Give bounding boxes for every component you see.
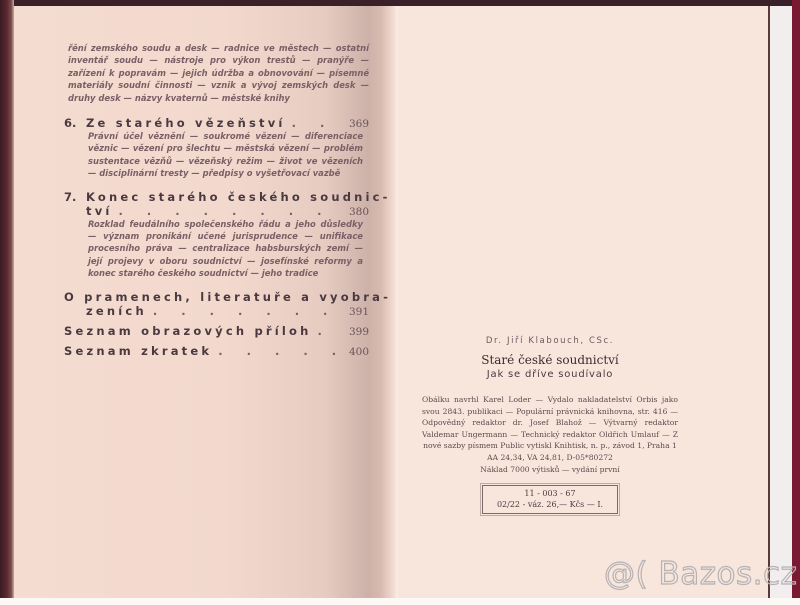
table-of-contents: řění zemského soudu a desk — radnice ve … xyxy=(64,42,369,358)
toc-entry-sources: O pramenech, literatuře a vyobra- zeních… xyxy=(64,290,369,318)
toc-entry-7: 7. Konec starého českého soudnic- tví . … xyxy=(64,190,369,280)
bazos-watermark: @( Bazos.cz xyxy=(604,556,797,592)
toc-entry-title-continuation: zeních xyxy=(86,304,147,318)
toc-page-number: 380 xyxy=(349,206,369,218)
leader-dots: . . . . . . . . . . . . . . . . . . . . … xyxy=(119,204,345,218)
colophon-print-run: Náklad 7000 výtisků — vydání první xyxy=(422,464,678,476)
toc-page-number: 399 xyxy=(349,326,369,338)
toc-entry-title: Konec starého českého soudnic- xyxy=(86,190,391,204)
toc-entry-number: 6. xyxy=(64,116,86,130)
imprint-page: Dr. Jiří Klabouch, CSc. Staré české soud… xyxy=(420,336,680,514)
book-cover-edge xyxy=(792,0,800,598)
price-line: 02/22 - váz. 26,— Kčs — I. xyxy=(483,499,617,510)
bottom-margin xyxy=(0,598,800,605)
colophon: Obálku navrhl Karel Loder — Vydalo nakla… xyxy=(420,394,680,475)
toc-page-number: 391 xyxy=(349,306,369,318)
toc-entry-abbreviations: Seznam zkratek . . . . . . . . . . . . .… xyxy=(64,344,369,358)
book-title: Staré české soudnictví xyxy=(420,353,680,367)
colophon-codes: AA 24,34, VA 24,81, D-05*80272 xyxy=(422,452,678,464)
toc-entry-title: Seznam obrazových příloh xyxy=(64,324,312,338)
toc-intro-description: řění zemského soudu a desk — radnice ve … xyxy=(68,42,369,104)
toc-entry-title: O pramenech, literatuře a vyobra- xyxy=(64,290,391,304)
toc-entry-title: Ze starého vězeňství xyxy=(86,116,286,130)
toc-page-number: 369 xyxy=(349,118,369,130)
toc-entry-6: 6. Ze starého vězeňství . . . . . . . . … xyxy=(64,116,369,180)
leader-dots: . . . . . . . . . . . . . . . . . . . . … xyxy=(218,344,345,358)
colophon-credits: Obálku navrhl Karel Loder — Vydalo nakla… xyxy=(422,394,678,452)
toc-page-number: 400 xyxy=(349,346,369,358)
toc-entry-description: Rozklad feudálního společenského řádu a … xyxy=(88,218,363,280)
toc-entry-title: Seznam zkratek xyxy=(64,344,212,358)
catalog-code-box: 11 - 003 - 67 02/22 - váz. 26,— Kčs — I. xyxy=(482,485,618,514)
author-name: Dr. Jiří Klabouch, CSc. xyxy=(420,336,680,346)
toc-entry-title-continuation: tví xyxy=(86,204,113,218)
leader-dots: . . . . . . . . . . . . . . . . . . . . … xyxy=(318,324,345,338)
catalog-code: 11 - 003 - 67 xyxy=(483,488,617,499)
leader-dots: . . . . . . . . . . . . . . . . . . . . … xyxy=(153,304,345,318)
toc-entry-illustrations: Seznam obrazových příloh . . . . . . . .… xyxy=(64,324,369,338)
toc-entry-number: 7. xyxy=(64,190,86,204)
book-subtitle: Jak se dříve soudívalo xyxy=(420,369,680,380)
leader-dots: . . . . . . . . . . . . . . . . . . . . … xyxy=(292,116,345,130)
flyleaf xyxy=(770,6,792,598)
toc-entry-description: Právní účel věznění — soukromé vězení — … xyxy=(88,130,363,180)
book-left-edge xyxy=(0,0,14,598)
